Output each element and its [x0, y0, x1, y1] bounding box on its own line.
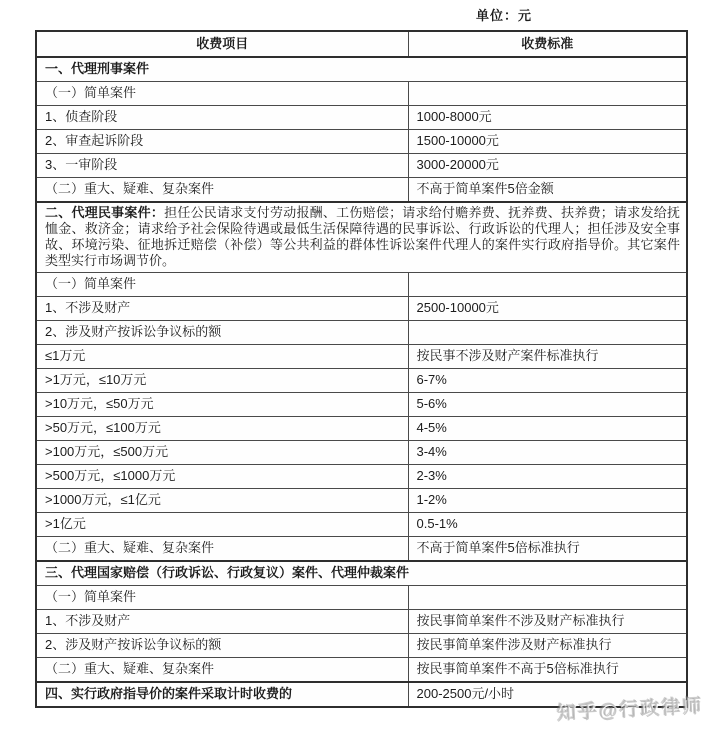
table-row: 一、代理刑事案件 [36, 57, 687, 82]
section-paragraph-cell: 二、代理民事案件：担任公民请求支付劳动报酬、工伤赔偿；请求给付赡养费、抚养费、扶… [36, 202, 687, 273]
table-row: 1、不涉及财产按民事简单案件不涉及财产标准执行 [36, 610, 687, 634]
fee-item-cell: 1、不涉及财产 [36, 297, 408, 321]
table-row: 1、不涉及财产2500-10000元 [36, 297, 687, 321]
unit-label: 单位：元 [476, 5, 532, 24]
table-row: >50万元，≤100万元4-5% [36, 417, 687, 441]
fee-standard-cell: 6-7% [408, 369, 687, 393]
table-row: >100万元，≤500万元3-4% [36, 441, 687, 465]
fee-standard-cell [408, 321, 687, 345]
table-row: （一）简单案件 [36, 82, 687, 106]
table-row: （二）重大、疑难、复杂案件不高于简单案件5倍金额 [36, 178, 687, 203]
fee-item-cell: 四、实行政府指导价的案件采取计时收费的 [36, 682, 408, 707]
fee-standard-cell [408, 82, 687, 106]
table-header-row: 收费项目 收费标准 [36, 31, 687, 57]
table-row: 2、审查起诉阶段1500-10000元 [36, 130, 687, 154]
fee-standard-cell: 按民事不涉及财产案件标准执行 [408, 345, 687, 369]
fee-item-cell: ≤1万元 [36, 345, 408, 369]
fee-item-cell: >10万元，≤50万元 [36, 393, 408, 417]
fee-standard-cell: 3-4% [408, 441, 687, 465]
section-paragraph-lead: 二、代理民事案件： [45, 205, 164, 220]
fee-item-cell: >1000万元，≤1亿元 [36, 489, 408, 513]
fee-standard-cell: 1000-8000元 [408, 106, 687, 130]
section-title-cell: 一、代理刑事案件 [36, 57, 687, 82]
table-row: 2、涉及财产按诉讼争议标的额按民事简单案件涉及财产标准执行 [36, 634, 687, 658]
table-row: >10万元，≤50万元5-6% [36, 393, 687, 417]
fee-standard-cell: 不高于简单案件5倍标准执行 [408, 537, 687, 562]
fee-standard-cell: 3000-20000元 [408, 154, 687, 178]
fee-item-cell: （一）简单案件 [36, 82, 408, 106]
fee-standard-cell: 按民事简单案件不高于5倍标准执行 [408, 658, 687, 683]
fee-standard-cell: 0.5-1% [408, 513, 687, 537]
table-row: （二）重大、疑难、复杂案件不高于简单案件5倍标准执行 [36, 537, 687, 562]
table-row: 2、涉及财产按诉讼争议标的额 [36, 321, 687, 345]
fee-standard-cell: 1-2% [408, 489, 687, 513]
fee-standard-cell [408, 586, 687, 610]
fee-item-cell: 3、一审阶段 [36, 154, 408, 178]
fee-item-cell: （一）简单案件 [36, 586, 408, 610]
table-row: ≤1万元按民事不涉及财产案件标准执行 [36, 345, 687, 369]
fee-standard-cell: 不高于简单案件5倍金额 [408, 178, 687, 203]
column-header-fee-standard: 收费标准 [408, 31, 687, 57]
fee-item-cell: 1、侦查阶段 [36, 106, 408, 130]
fee-item-cell: （一）简单案件 [36, 273, 408, 297]
fee-item-cell: >50万元，≤100万元 [36, 417, 408, 441]
table-row: （一）简单案件 [36, 273, 687, 297]
fee-standard-cell: 2500-10000元 [408, 297, 687, 321]
fee-item-cell: 1、不涉及财产 [36, 610, 408, 634]
table-row: >1万元，≤10万元6-7% [36, 369, 687, 393]
fee-item-cell: 2、涉及财产按诉讼争议标的额 [36, 321, 408, 345]
fee-standard-cell: 按民事简单案件不涉及财产标准执行 [408, 610, 687, 634]
table-row: （一）简单案件 [36, 586, 687, 610]
column-header-fee-item: 收费项目 [36, 31, 408, 57]
fee-item-cell: >500万元，≤1000万元 [36, 465, 408, 489]
fee-standard-cell: 4-5% [408, 417, 687, 441]
table-row: 二、代理民事案件：担任公民请求支付劳动报酬、工伤赔偿；请求给付赡养费、抚养费、扶… [36, 202, 687, 273]
fee-schedule-table: 收费项目 收费标准 一、代理刑事案件（一）简单案件1、侦查阶段1000-8000… [35, 30, 688, 708]
fee-item-cell: （二）重大、疑难、复杂案件 [36, 178, 408, 203]
table-row: >1000万元，≤1亿元1-2% [36, 489, 687, 513]
fee-item-cell: >100万元，≤500万元 [36, 441, 408, 465]
fee-item-cell: >1亿元 [36, 513, 408, 537]
fee-item-cell: >1万元，≤10万元 [36, 369, 408, 393]
fee-standard-cell [408, 273, 687, 297]
table-row: 1、侦查阶段1000-8000元 [36, 106, 687, 130]
table-row: >1亿元0.5-1% [36, 513, 687, 537]
fee-item-cell: 2、涉及财产按诉讼争议标的额 [36, 634, 408, 658]
fee-standard-cell: 按民事简单案件涉及财产标准执行 [408, 634, 687, 658]
fee-standard-cell: 1500-10000元 [408, 130, 687, 154]
fee-item-cell: （二）重大、疑难、复杂案件 [36, 537, 408, 562]
table-row: （二）重大、疑难、复杂案件按民事简单案件不高于5倍标准执行 [36, 658, 687, 683]
section-title-cell: 三、代理国家赔偿（行政诉讼、行政复议）案件、代理仲裁案件 [36, 561, 687, 586]
table-row: >500万元，≤1000万元2-3% [36, 465, 687, 489]
table-row: 三、代理国家赔偿（行政诉讼、行政复议）案件、代理仲裁案件 [36, 561, 687, 586]
fee-item-cell: （二）重大、疑难、复杂案件 [36, 658, 408, 683]
fee-item-cell: 2、审查起诉阶段 [36, 130, 408, 154]
fee-standard-cell: 2-3% [408, 465, 687, 489]
table-row: 3、一审阶段3000-20000元 [36, 154, 687, 178]
fee-standard-cell: 5-6% [408, 393, 687, 417]
